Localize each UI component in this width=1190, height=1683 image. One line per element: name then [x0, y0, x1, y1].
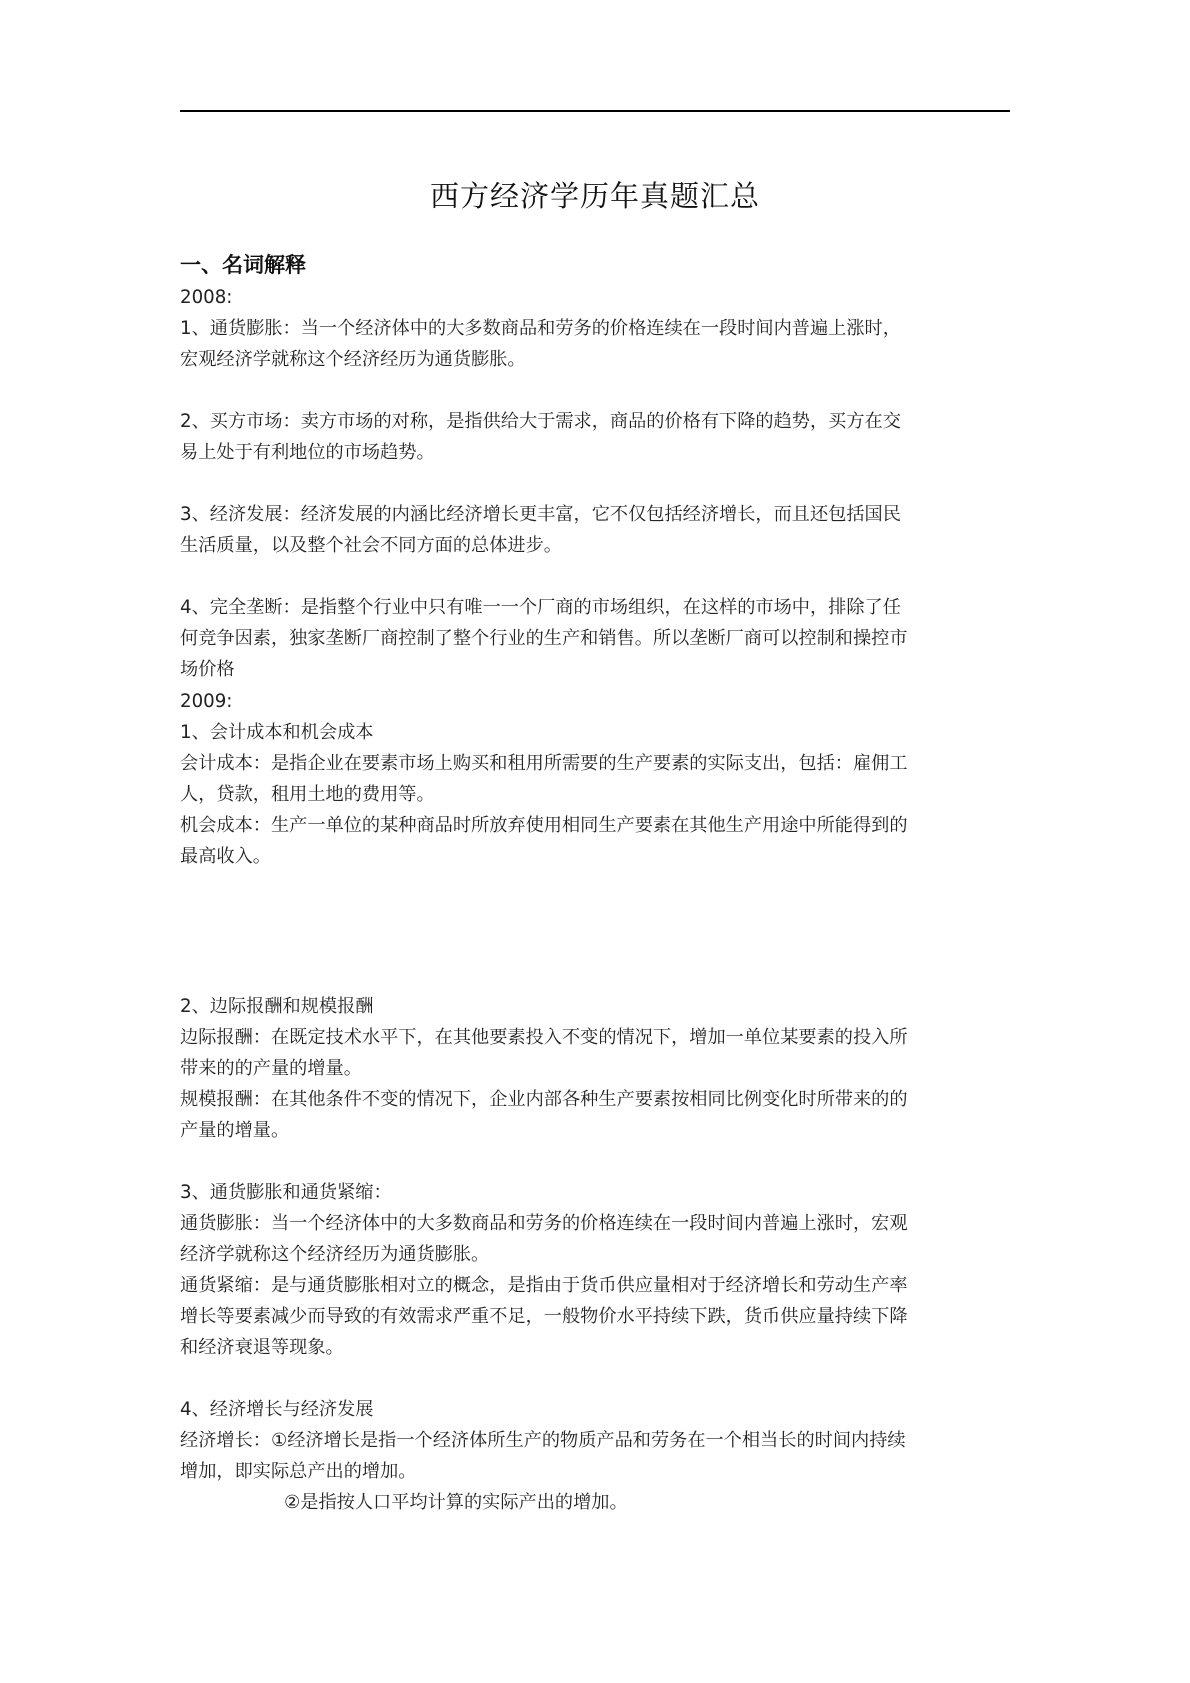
definition-line: 2、买方市场：卖方市场的对称，是指供给大于需求，商品的价格有下降的趋势，买方在交: [180, 406, 1012, 437]
definition-line: 机会成本：生产一单位的某种商品时所放弃使用相同生产要素在其他生产用途中所能得到的: [180, 810, 1012, 841]
definition-line: 3、经济发展：经济发展的内涵比经济增长更丰富，它不仅包括经济增长，而且还包括国民: [180, 499, 1012, 530]
definition-line: 生活质量，以及整个社会不同方面的总体进步。: [180, 530, 1012, 561]
blank-line: [180, 561, 1012, 592]
definition-line: 增长等要素减少而导致的有效需求严重不足，一般物价水平持续下跌，货币供应量持续下降: [180, 1301, 1012, 1332]
item-heading: 1、会计成本和机会成本: [180, 717, 1012, 748]
definition-item: 1、会计成本和机会成本 会计成本：是指企业在要素市场上购买和租用所需要的生产要素…: [180, 717, 1012, 872]
blank-line: [180, 1363, 1012, 1394]
definition-line: 人，贷款，租用土地的费用等。: [180, 779, 1012, 810]
document-title: 西方经济学历年真题汇总: [180, 176, 1010, 216]
definition-line: 易上处于有利地位的市场趋势。: [180, 437, 1012, 468]
year-block-2008: 2008: 1、通货膨胀：当一个经济体中的大多数商品和劳务的价格连续在一段时间内…: [180, 282, 1012, 685]
definition-line: 何竞争因素，独家垄断厂商控制了整个行业的生产和销售。所以垄断厂商可以控制和操控市: [180, 623, 1012, 654]
year-block-2009-cont: 2、边际报酬和规模报酬 边际报酬：在既定技术水平下，在其他要素投入不变的情况下，…: [180, 991, 1012, 1518]
definition-line: 最高收入。: [180, 841, 1012, 872]
item-heading: 3、通货膨胀和通货紧缩：: [180, 1177, 1012, 1208]
item-heading: 4、经济增长与经济发展: [180, 1394, 1012, 1425]
definition-line: 规模报酬：在其他条件不变的情况下，企业内部各种生产要素按相同比例变化时所带来的的: [180, 1084, 1012, 1115]
definition-item: 3、通货膨胀和通货紧缩： 通货膨胀：当一个经济体中的大多数商品和劳务的价格连续在…: [180, 1177, 1012, 1363]
definition-line: 和经济衰退等现象。: [180, 1332, 1012, 1363]
definition-line: 通货紧缩：是与通货膨胀相对立的概念，是指由于货币供应量相对于经济增长和劳动生产率: [180, 1270, 1012, 1301]
definition-item: 4、经济增长与经济发展 经济增长：①经济增长是指一个经济体所生产的物质产品和劳务…: [180, 1394, 1012, 1518]
blank-line: [180, 1146, 1012, 1177]
definition-line: 增加，即实际总产出的增加。: [180, 1456, 1012, 1487]
definition-line: 带来的的产量的增量。: [180, 1053, 1012, 1084]
blank-line: [180, 468, 1012, 499]
definition-item: 4、完全垄断：是指整个行业中只有唯一一个厂商的市场组织，在这样的市场中，排除了任…: [180, 592, 1012, 685]
definition-line: 会计成本：是指企业在要素市场上购买和租用所需要的生产要素的实际支出，包括：雇佣工: [180, 748, 1012, 779]
blank-line: [180, 375, 1012, 406]
definition-line: 产量的增量。: [180, 1115, 1012, 1146]
definition-line: 边际报酬：在既定技术水平下，在其他要素投入不变的情况下，增加一单位某要素的投入所: [180, 1022, 1012, 1053]
definition-item: 2、边际报酬和规模报酬 边际报酬：在既定技术水平下，在其他要素投入不变的情况下，…: [180, 991, 1012, 1146]
section-heading-definitions: 一、名词解释: [180, 250, 306, 280]
definition-item: 1、通货膨胀：当一个经济体中的大多数商品和劳务的价格连续在一段时间内普遍上涨时，…: [180, 313, 1012, 375]
definition-item: 2、买方市场：卖方市场的对称，是指供给大于需求，商品的价格有下降的趋势，买方在交…: [180, 406, 1012, 468]
year-block-2009: 2009: 1、会计成本和机会成本 会计成本：是指企业在要素市场上购买和租用所需…: [180, 686, 1012, 872]
definition-line: 宏观经济学就称这个经济经历为通货膨胀。: [180, 344, 1012, 375]
definition-line: 经济增长：①经济增长是指一个经济体所生产的物质产品和劳务在一个相当长的时间内持续: [180, 1425, 1012, 1456]
item-heading: 2、边际报酬和规模报酬: [180, 991, 1012, 1022]
definition-item: 3、经济发展：经济发展的内涵比经济增长更丰富，它不仅包括经济增长，而且还包括国民…: [180, 499, 1012, 561]
definition-line: 1、通货膨胀：当一个经济体中的大多数商品和劳务的价格连续在一段时间内普遍上涨时，: [180, 313, 1012, 344]
header-rule: [180, 110, 1010, 112]
definition-line: 场价格: [180, 654, 1012, 685]
definition-line: 4、完全垄断：是指整个行业中只有唯一一个厂商的市场组织，在这样的市场中，排除了任: [180, 592, 1012, 623]
definition-line: 通货膨胀：当一个经济体中的大多数商品和劳务的价格连续在一段时间内普遍上涨时，宏观: [180, 1208, 1012, 1239]
definition-line: ②是指按人口平均计算的实际产出的增加。: [180, 1487, 1012, 1518]
definition-line: 经济学就称这个经济经历为通货膨胀。: [180, 1239, 1012, 1270]
year-label: 2008:: [180, 282, 1012, 313]
year-label: 2009:: [180, 686, 1012, 717]
